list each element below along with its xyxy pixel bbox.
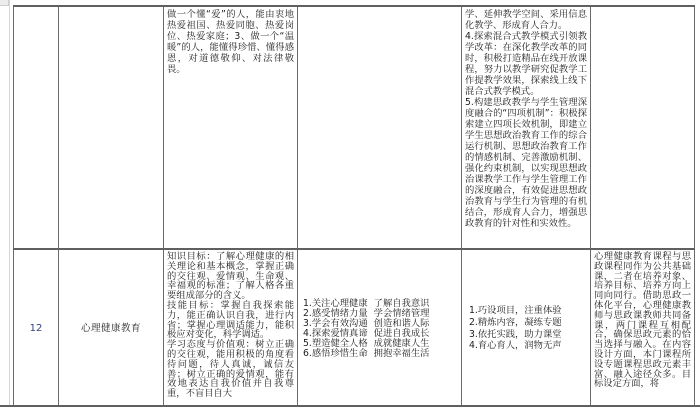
topic-list: 1.关注心理健康 2.感受情绪力量 3.学会有效沟通 4.探索爱情真谛 5.塑造… — [303, 299, 368, 359]
attitude-objective: 学习态度与价值观：树立正确的交往观，能用积极的角度看待问题，待人真诚，诚信友善；… — [167, 340, 294, 399]
skill-objective: 技能目标：掌握自我探索能力，能正确认识自我，进行内省；掌握心理调适能力，能积极应… — [167, 301, 294, 340]
topic-item: 5.塑造健全人格 — [303, 339, 368, 349]
method-item: 2.精炼内容，凝练专题 — [469, 317, 587, 329]
row11-trailing-empty-cell — [590, 7, 695, 248]
reform-paragraph-3: 5.构建思政教学与学生管理深度融合的“四项机制”：积极探索建立四项长效机制，即建… — [465, 97, 587, 229]
table-bottom-rule — [0, 405, 700, 407]
row12-course-cell: 心理健康教育 — [58, 250, 163, 407]
row12-index-cell: 12 — [13, 250, 58, 407]
ideology-text: 心理健康教育课程与思政课程同作为公共基础课，二者在培养对象、培养目标、培养方向上… — [594, 252, 691, 389]
goal-item: 成就健康人生 — [374, 339, 430, 349]
goal-item: 促进自我成长 — [374, 329, 430, 339]
goal-item: 拥抱幸福生活 — [374, 349, 430, 359]
goal-item: 学会情绪管理 — [374, 309, 430, 319]
table-row-11: 做一个懂“爱”的人，能由衷地热爱祖国、热爱同胞、热爱岗位、热爱家庭；3、做一个“… — [13, 7, 695, 250]
moral-objective-text: 做一个懂“爱”的人，能由衷地热爱祖国、热爱同胞、热爱岗位、热爱家庭；3、做一个“… — [167, 9, 294, 75]
method-item: 4.育心育人，润物无声 — [469, 340, 587, 352]
goal-item: 了解自我意识 — [374, 299, 430, 309]
page-edge-line — [9, 0, 10, 405]
row11-moral-objective-cell: 做一个懂“爱”的人，能由衷地热爱祖国、热爱同胞、热爱岗位、热爱家庭；3、做一个“… — [163, 7, 297, 248]
row12-methods-cell: 1.巧设项目，注重体验 2.精炼内容，凝练专题 3.依托实践，助力课堂 4.育心… — [461, 250, 590, 407]
method-item: 3.依托实践，助力课堂 — [469, 329, 587, 341]
topic-item: 2.感受情绪力量 — [303, 309, 368, 319]
row12-topics-goals-cell: 1.关注心理健康 2.感受情绪力量 3.学会有效沟通 4.探索爱情真谛 5.塑造… — [297, 250, 461, 407]
course-plan-table: 做一个懂“爱”的人，能由衷地热爱祖国、热爱同胞、热爱岗位、热爱家庭；3、做一个“… — [13, 5, 695, 405]
row11-index-cell — [13, 7, 58, 248]
goal-item: 创造和谐人际 — [374, 319, 430, 329]
table-row-12: 12 心理健康教育 知识目标：了解心理健康的相关理论和基本概念，掌握正确的交往观… — [13, 250, 695, 407]
goal-list: 了解自我意识 学会情绪管理 创造和谐人际 促进自我成长 成就健康人生 拥抱幸福生… — [374, 299, 430, 359]
row12-ideology-cell: 心理健康教育课程与思政课程同作为公共基础课，二者在培养对象、培养目标、培养方向上… — [590, 250, 695, 407]
method-item: 1.巧设项目，注重体验 — [469, 305, 587, 317]
topic-item: 3.学会有效沟通 — [303, 319, 368, 329]
course-name: 心理健康教育 — [81, 324, 141, 334]
topic-item: 4.探索爱情真谛 — [303, 329, 368, 339]
row11-course-cell — [58, 7, 163, 248]
reform-paragraph-1: 学、延伸教学空间、采用信息化教学、形成育人合力。 — [465, 9, 587, 31]
topic-item: 6.感悟珍惜生命 — [303, 349, 368, 359]
knowledge-objective: 知识目标：了解心理健康的相关理论和基本概念，掌握正确的交往观、爱情观、生命观、幸… — [167, 252, 294, 301]
reform-paragraph-2: 4.探索混合式教学模式引领教学改革：在深化教学改革的同时，积极打造精品在线开放课… — [465, 31, 587, 97]
row-number: 12 — [30, 324, 43, 334]
row11-empty-cell — [297, 7, 461, 248]
page-corner — [0, 0, 9, 6]
row11-teaching-reform-cell: 学、延伸教学空间、采用信息化教学、形成育人合力。 4.探索混合式教学模式引领教学… — [461, 7, 590, 248]
row12-objectives-cell: 知识目标：了解心理健康的相关理论和基本概念，掌握正确的交往观、爱情观、生命观、幸… — [163, 250, 297, 407]
topic-item: 1.关注心理健康 — [303, 299, 368, 309]
